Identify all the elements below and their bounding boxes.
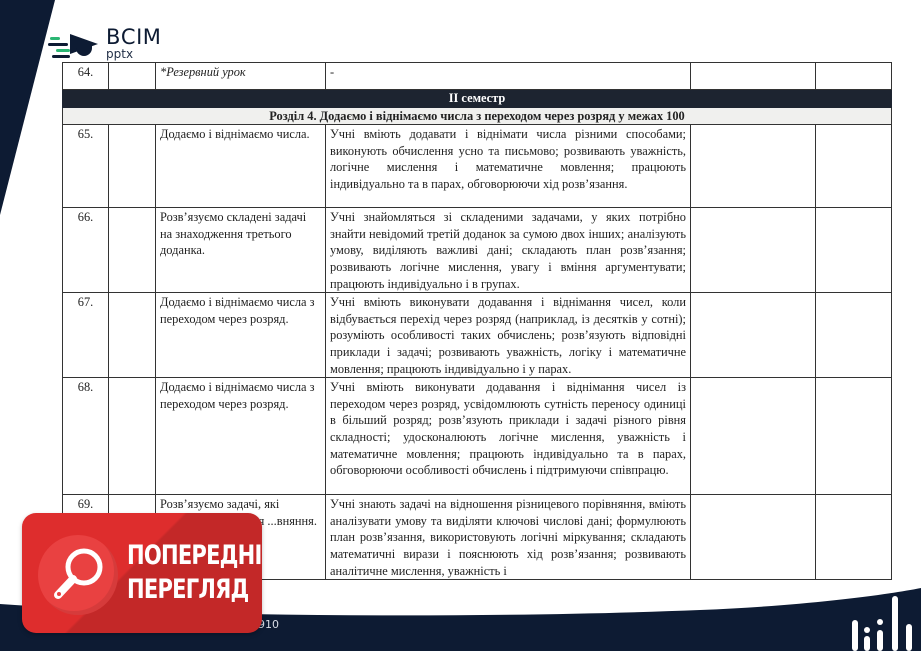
table-row: 64. *Резервний урок - <box>63 63 892 90</box>
lesson-date <box>109 63 156 90</box>
lesson-date <box>109 293 156 378</box>
lesson-outcomes: - <box>326 63 691 90</box>
lesson-extra-1 <box>691 378 816 495</box>
lesson-number: 66. <box>63 208 109 293</box>
lesson-number: 68. <box>63 378 109 495</box>
lesson-extra-1 <box>691 293 816 378</box>
preview-line-1: ПОПЕРЕДНІЙ <box>127 539 262 573</box>
lesson-date <box>109 125 156 208</box>
semester-header-row: ІІ семестр <box>63 90 892 108</box>
lesson-extra-1 <box>691 495 816 580</box>
semester-title: ІІ семестр <box>63 90 892 108</box>
lesson-extra-2 <box>816 293 892 378</box>
lesson-topic: Додаємо і віднімаємо числа з переходом ч… <box>156 378 326 495</box>
lesson-outcomes: Учні знайомляться зі складеними задачами… <box>326 208 691 293</box>
preview-line-2: ПЕРЕГЛЯД <box>127 573 262 607</box>
preview-badge[interactable]: ПОПЕРЕДНІЙ ПЕРЕГЛЯД <box>22 513 262 633</box>
lesson-topic: Додаємо і віднімаємо числа з переходом ч… <box>156 293 326 378</box>
section-title: Розділ 4. Додаємо і віднімаємо числа з п… <box>63 107 892 125</box>
lesson-plan-table: 64. *Резервний урок - ІІ семестр Розділ … <box>62 62 892 580</box>
lesson-extra-1 <box>691 63 816 90</box>
lesson-topic: Розв’язуємо складені задачі на знаходжен… <box>156 208 326 293</box>
section-header-row: Розділ 4. Додаємо і віднімаємо числа з п… <box>63 107 892 125</box>
corner-decoration <box>0 0 55 215</box>
lesson-outcomes: Учні вміють виконувати додавання і відні… <box>326 378 691 495</box>
brand-logo: ВСІМ pptx <box>48 24 161 60</box>
magnifier-icon <box>38 535 118 615</box>
lesson-date <box>109 208 156 293</box>
lesson-outcomes: Учні вміють виконувати додавання і відні… <box>326 293 691 378</box>
lesson-extra-2 <box>816 378 892 495</box>
brand-sub: pptx <box>106 48 161 60</box>
lesson-topic: Додаємо і віднімаємо числа. <box>156 125 326 208</box>
table-row: 67. Додаємо і віднімаємо числа з переход… <box>63 293 892 378</box>
graduation-cap-icon <box>48 28 104 60</box>
table-row: 68. Додаємо і віднімаємо числа з переход… <box>63 378 892 495</box>
brand-name: ВСІМ <box>106 27 161 48</box>
table-row: 66. Розв’язуємо складені задачі на знахо… <box>63 208 892 293</box>
lesson-number: 64. <box>63 63 109 90</box>
lesson-number: 67. <box>63 293 109 378</box>
lesson-extra-2 <box>816 125 892 208</box>
lesson-outcomes: Учні знають задачі на відношення різнице… <box>326 495 691 580</box>
lesson-extra-2 <box>816 495 892 580</box>
lesson-outcomes: Учні вміють додавати і віднімати числа р… <box>326 125 691 208</box>
lesson-extra-2 <box>816 63 892 90</box>
lesson-date <box>109 378 156 495</box>
lesson-extra-1 <box>691 125 816 208</box>
lesson-number: 65. <box>63 125 109 208</box>
lesson-topic: *Резервний урок <box>156 63 326 90</box>
lesson-extra-2 <box>816 208 892 293</box>
table-row: 65. Додаємо і віднімаємо числа. Учні вмі… <box>63 125 892 208</box>
lesson-extra-1 <box>691 208 816 293</box>
